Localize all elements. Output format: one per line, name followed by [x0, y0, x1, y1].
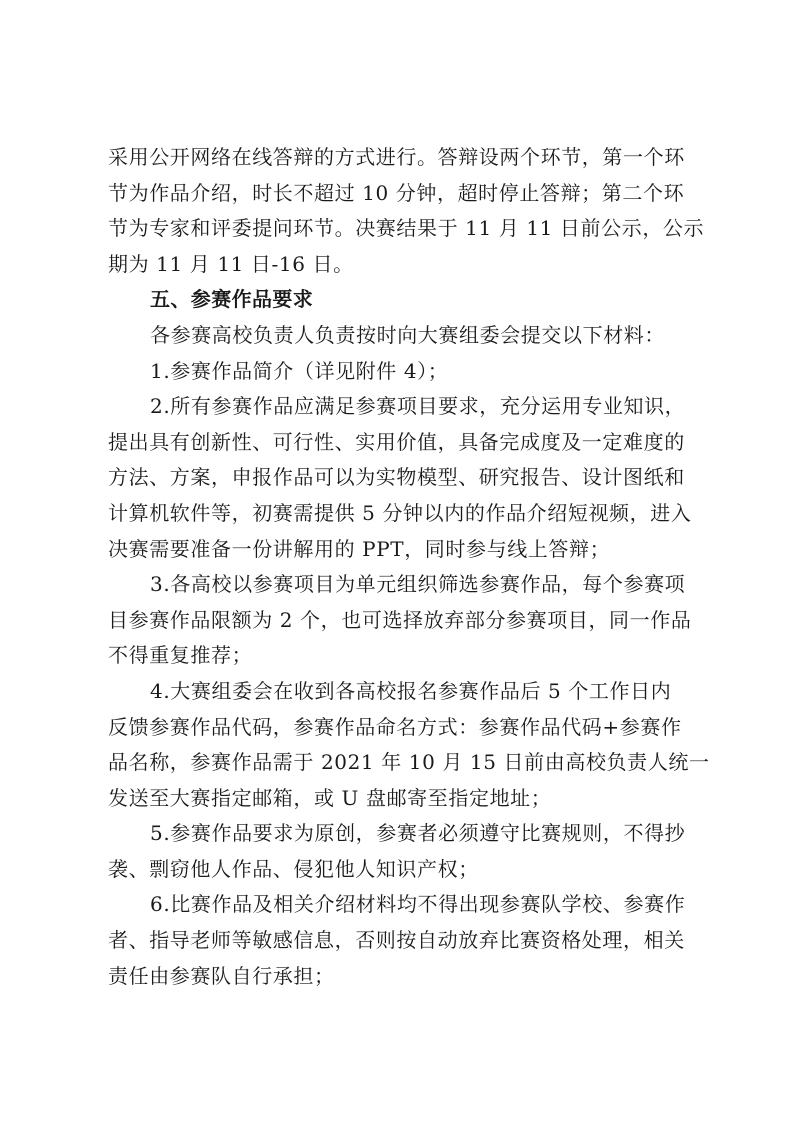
text-line: 期为 11 月 11 日-16 日。 [108, 247, 692, 283]
text-line: 3.各高校以参赛项目为单元组织筛选参赛作品，每个参赛项 [108, 567, 692, 603]
text-line: 计算机软件等，初赛需提供 5 分钟以内的作品介绍短视频，进入 [108, 496, 692, 532]
text-line: 发送至大赛指定邮箱，或 U 盘邮寄至指定地址； [108, 781, 692, 817]
section-heading: 五、参赛作品要求 [108, 282, 692, 318]
text-line: 2.所有参赛作品应满足参赛项目要求，充分运用专业知识， [108, 389, 692, 425]
text-line: 5.参赛作品要求为原创，参赛者必须遵守比赛规则，不得抄 [108, 816, 692, 852]
text-line: 不得重复推荐； [108, 638, 692, 674]
requirement-item-4: 4.大赛组委会在收到各高校报名参赛作品后 5 个工作日内 反馈参赛作品代码，参赛… [108, 674, 692, 816]
text-line: 提出具有创新性、可行性、实用价值，具备完成度及一定难度的 [108, 425, 692, 461]
text-line: 4.大赛组委会在收到各高校报名参赛作品后 5 个工作日内 [108, 674, 692, 710]
text-line: 者、指导老师等敏感信息，否则按自动放弃比赛资格处理，相关 [108, 923, 692, 959]
text-line: 袭、剽窃他人作品、侵犯他人知识产权； [108, 852, 692, 888]
document-page: 采用公开网络在线答辩的方式进行。答辩设两个环节，第一个环 节为作品介绍，时长不超… [0, 0, 794, 1123]
text-line: 6.比赛作品及相关介绍材料均不得出现参赛队学校、参赛作 [108, 887, 692, 923]
text-line: 责任由参赛队自行承担； [108, 959, 692, 995]
text-line: 目参赛作品限额为 2 个，也可选择放弃部分参赛项目，同一作品 [108, 603, 692, 639]
text-line: 决赛需要准备一份讲解用的 PPT，同时参与线上答辩； [108, 532, 692, 568]
text-line: 反馈参赛作品代码，参赛作品命名方式：参赛作品代码+参赛作 [108, 710, 692, 746]
continuation-paragraph: 采用公开网络在线答辩的方式进行。答辩设两个环节，第一个环 节为作品介绍，时长不超… [108, 140, 692, 282]
text-line: 节为作品介绍，时长不超过 10 分钟，超时停止答辩；第二个环 [108, 176, 692, 212]
requirement-item-5: 5.参赛作品要求为原创，参赛者必须遵守比赛规则，不得抄 袭、剽窃他人作品、侵犯他… [108, 816, 692, 887]
requirement-item-2: 2.所有参赛作品应满足参赛项目要求，充分运用专业知识， 提出具有创新性、可行性、… [108, 389, 692, 567]
text-line: 节为专家和评委提问环节。决赛结果于 11 月 11 日前公示，公示 [108, 211, 692, 247]
text-line: 品名称，参赛作品需于 2021 年 10 月 15 日前由高校负责人统一 [108, 745, 692, 781]
requirement-item-6: 6.比赛作品及相关介绍材料均不得出现参赛队学校、参赛作 者、指导老师等敏感信息，… [108, 887, 692, 994]
requirement-item-1: 1.参赛作品简介（详见附件 4）； [108, 354, 692, 390]
text-line: 方法、方案，申报作品可以为实物模型、研究报告、设计图纸和 [108, 460, 692, 496]
text-line: 采用公开网络在线答辩的方式进行。答辩设两个环节，第一个环 [108, 140, 692, 176]
requirement-item-3: 3.各高校以参赛项目为单元组织筛选参赛作品，每个参赛项 目参赛作品限额为 2 个… [108, 567, 692, 674]
section-intro: 各参赛高校负责人负责按时向大赛组委会提交以下材料： [108, 318, 692, 354]
document-body: 采用公开网络在线答辩的方式进行。答辩设两个环节，第一个环 节为作品介绍，时长不超… [108, 140, 692, 994]
text-line: 1.参赛作品简介（详见附件 4）； [108, 354, 692, 390]
